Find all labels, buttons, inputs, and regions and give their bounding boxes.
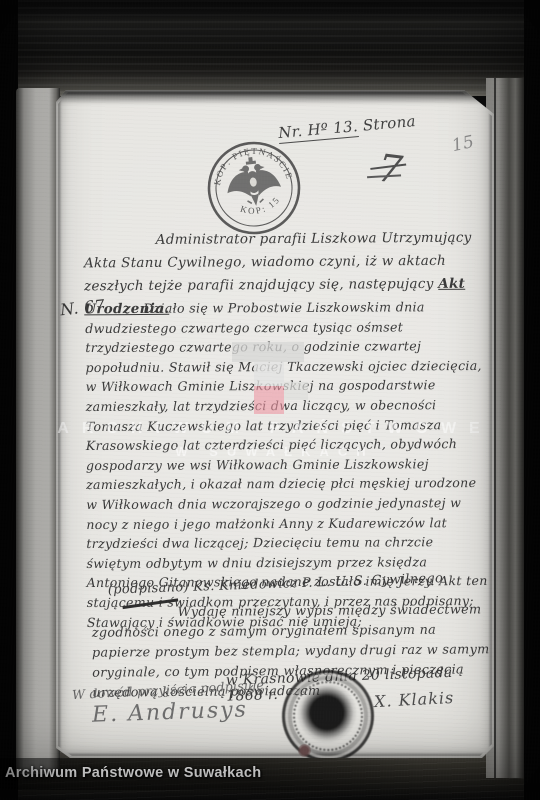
search-highlight-gray — [232, 342, 304, 362]
search-highlight-gray — [284, 382, 308, 400]
page-top-shadow — [56, 90, 494, 104]
stamp-arc-bottom-text: KOP: 15 — [237, 193, 283, 218]
archive-caption-label: Archiwum Państwowe w Suwałkach — [5, 765, 261, 781]
document-page: Nr. Hº 13. Strona 15 7 KOP: PIĘTNAŚCIE K… — [56, 90, 494, 758]
left-signature: E. Andrusys — [92, 697, 249, 727]
header-reference-note: Nr. Hº 13. Strona — [277, 112, 416, 142]
search-highlight-pink — [254, 386, 284, 414]
page-stack-left-edge — [16, 88, 60, 774]
archival-document-photo: Nr. Hº 13. Strona 15 7 KOP: PIĘTNAŚCIE K… — [0, 0, 540, 800]
book-frame-top — [0, 0, 540, 96]
pencil-cross-mark: 7 — [376, 149, 405, 190]
background-right — [524, 0, 540, 800]
right-signature: X. Klakis — [374, 688, 455, 711]
pencil-page-number: 15 — [450, 132, 476, 156]
ink-blot — [298, 744, 311, 757]
search-highlight-gray — [254, 362, 284, 386]
archive-caption-bar: Archiwum Państwowe w Suwałkach — [0, 758, 420, 790]
header-note-rest: Strona — [357, 112, 416, 135]
svg-text:KOP: 15: KOP: 15 — [237, 193, 283, 218]
revenue-stamp: KOP: PIĘTNAŚCIE KOP: 15 — [201, 135, 308, 242]
